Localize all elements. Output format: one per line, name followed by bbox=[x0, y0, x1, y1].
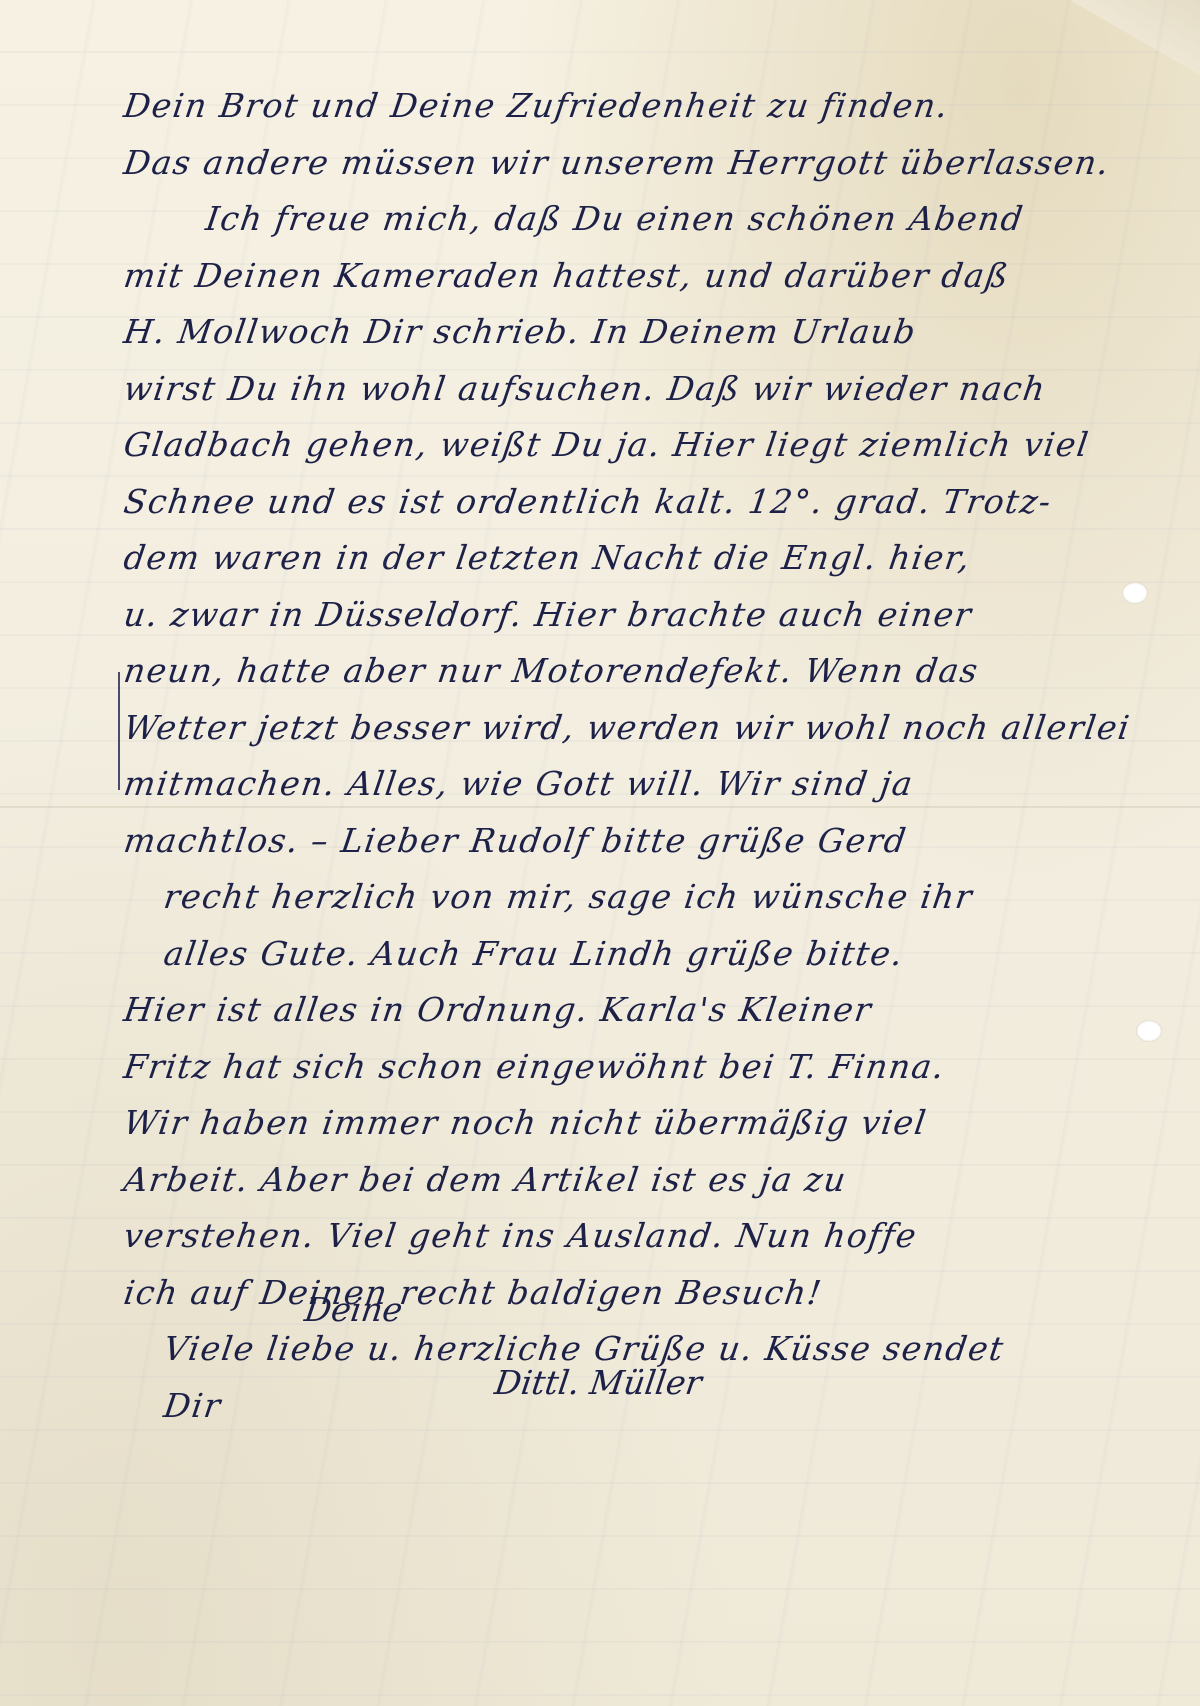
letter-line: Fritz hat sich schon eingewöhnt bei T. F… bbox=[120, 1039, 1188, 1096]
letter-line: u. zwar in Düsseldorf. Hier brachte auch… bbox=[120, 587, 1188, 644]
letter-line: H. Mollwoch Dir schrieb. In Deinem Urlau… bbox=[120, 304, 1188, 361]
letter-line: ich auf Deinen recht baldigen Besuch! bbox=[120, 1265, 1188, 1322]
letter-line: recht herzlich von mir, sage ich wünsche… bbox=[120, 869, 1188, 926]
letter-line: Wetter jetzt besser wird, werden wir woh… bbox=[120, 700, 1188, 757]
letter-line: mit Deinen Kameraden hattest, und darübe… bbox=[120, 248, 1188, 305]
closing-salutation: Deine bbox=[302, 1290, 405, 1329]
letter-line: Ich freue mich, daß Du einen schönen Abe… bbox=[120, 191, 1188, 248]
letter-line: neun, hatte aber nur Motorendefekt. Wenn… bbox=[120, 643, 1188, 700]
letter-line: dem waren in der letzten Nacht die Engl.… bbox=[120, 530, 1188, 587]
letter-line: Dein Brot und Deine Zufriedenheit zu fin… bbox=[120, 78, 1188, 135]
folded-corner bbox=[1070, 0, 1200, 90]
letter-line: mitmachen. Alles, wie Gott will. Wir sin… bbox=[120, 756, 1188, 813]
signature: Dittl. Müller bbox=[492, 1363, 704, 1402]
letter-line: Das andere müssen wir unserem Herrgott ü… bbox=[120, 135, 1188, 192]
letter-line: wirst Du ihn wohl aufsuchen. Daß wir wie… bbox=[120, 361, 1188, 418]
letter-line: Hier ist alles in Ordnung. Karla's Klein… bbox=[120, 982, 1188, 1039]
letter-line: verstehen. Viel geht ins Ausland. Nun ho… bbox=[120, 1208, 1188, 1265]
letter-line: alles Gute. Auch Frau Lindh grüße bitte. bbox=[120, 926, 1188, 983]
letter-line: Gladbach gehen, weißt Du ja. Hier liegt … bbox=[120, 417, 1188, 474]
letter-line: Arbeit. Aber bei dem Artikel ist es ja z… bbox=[120, 1152, 1188, 1209]
letter-line: machtlos. – Lieber Rudolf bitte grüße Ge… bbox=[120, 813, 1188, 870]
letter-line: Schnee und es ist ordentlich kalt. 12°. … bbox=[120, 474, 1188, 531]
letter-body: Dein Brot und Deine Zufriedenheit zu fin… bbox=[120, 78, 1180, 1434]
letter-page: Dein Brot und Deine Zufriedenheit zu fin… bbox=[0, 0, 1200, 1706]
letter-line: Wir haben immer noch nicht übermäßig vie… bbox=[120, 1095, 1188, 1152]
